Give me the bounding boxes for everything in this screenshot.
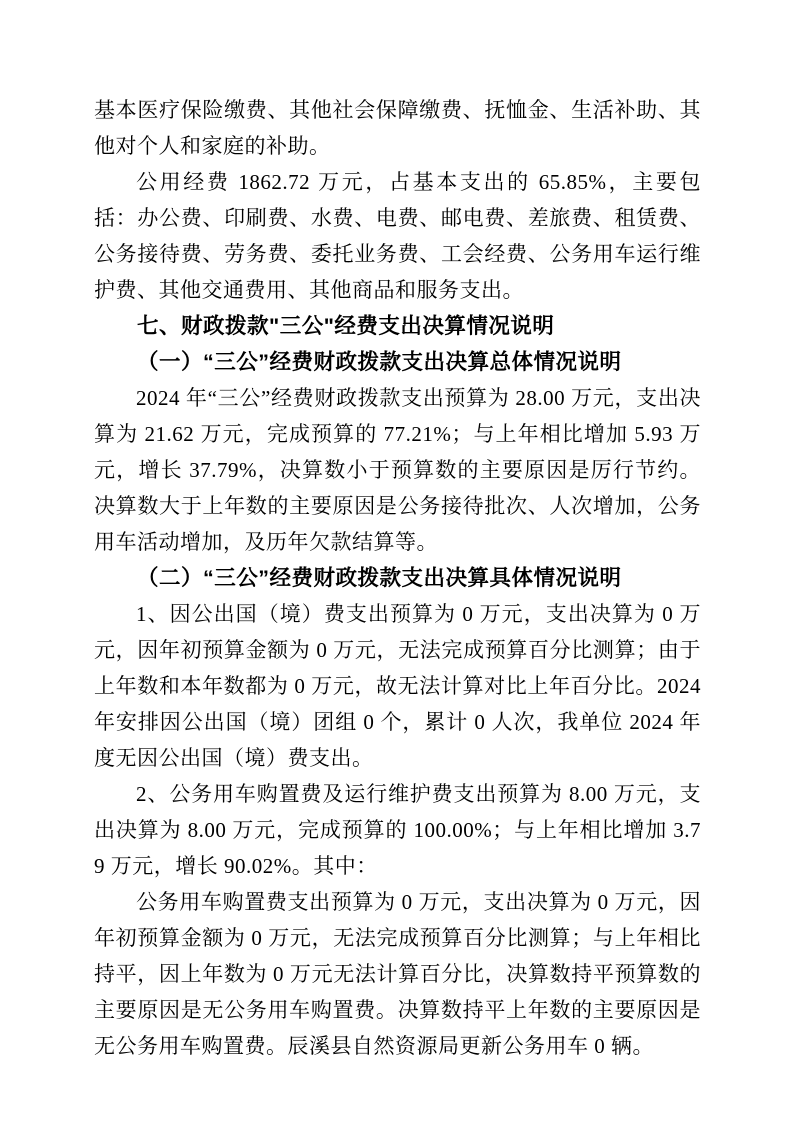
paragraph-vehicle-total: 2、公务用车购置费及运行维护费支出预算为 8.00 万元，支出决算为 8.00 …	[94, 776, 701, 884]
sub-heading-one: （一）“三公”经费财政拨款支出决算总体情况说明	[94, 344, 701, 380]
sub-heading-two: （二）“三公”经费财政拨款支出决算具体情况说明	[94, 560, 701, 596]
paragraph-overseas-travel: 1、因公出国（境）费支出预算为 0 万元，支出决算为 0 万元，因年初预算金额为…	[94, 596, 701, 776]
section-heading-seven: 七、财政拨款"三公"经费支出决算情况说明	[94, 308, 701, 344]
paragraph-vehicle-purchase: 公务用车购置费支出预算为 0 万元，支出决算为 0 万元，因年初预算金额为 0 …	[94, 884, 701, 1064]
document-content: 基本医疗保险缴费、其他社会保障缴费、抚恤金、生活补助、其他对个人和家庭的补助。 …	[94, 92, 701, 1064]
paragraph-overall-situation: 2024 年“三公”经费财政拨款支出预算为 28.00 万元，支出决算为 21.…	[94, 380, 701, 560]
document-page: 基本医疗保险缴费、其他社会保障缴费、抚恤金、生活补助、其他对个人和家庭的补助。 …	[0, 0, 793, 1122]
paragraph-public-funds: 公用经费 1862.72 万元，占基本支出的 65.85%，主要包括：办公费、印…	[94, 164, 701, 308]
paragraph-continuation-basic-expenses: 基本医疗保险缴费、其他社会保障缴费、抚恤金、生活补助、其他对个人和家庭的补助。	[94, 92, 701, 164]
